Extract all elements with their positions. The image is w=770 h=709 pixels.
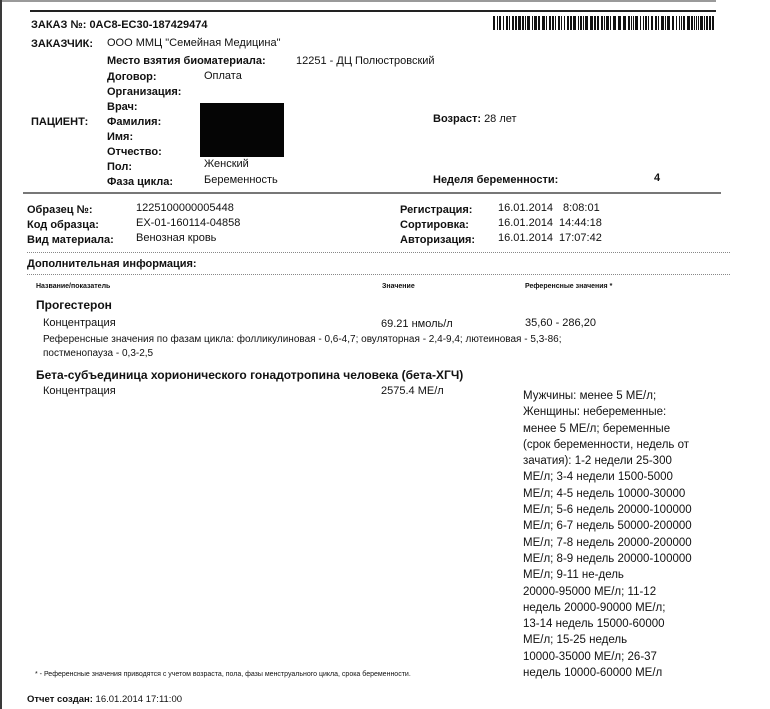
barcode-icon <box>493 16 715 30</box>
customer-value: ООО ММЦ "Семейная Медицина" <box>107 37 281 49</box>
reference-line: (срок беременности, недель от <box>523 437 723 453</box>
sample-code-label: Код образца: <box>27 219 99 231</box>
sample-code-value: EX-01-160114-04858 <box>136 217 240 229</box>
test-value: 2575.4 МЕ/л <box>381 385 444 397</box>
authorization-time: 17:07:42 <box>559 232 602 244</box>
sorting-date: 16.01.2014 <box>498 217 553 229</box>
sorting-time: 14:44:18 <box>559 217 602 229</box>
pregnancy-week-value: 4 <box>654 172 660 184</box>
page-frame-top <box>0 0 716 2</box>
test-note-line: постменопауза - 0,3-2,5 <box>43 348 153 359</box>
sample-number-value: 1225100000005448 <box>136 202 234 214</box>
header-rule <box>30 10 716 12</box>
cycle-phase-value: Беременность <box>204 174 278 186</box>
order-number: ЗАКАЗ №: 0AC8-EC30-187429474 <box>31 19 207 31</box>
test-title: Бета-субъединица хорионического гонадотр… <box>36 368 463 382</box>
reference-line: МЕ/л; 5-6 недель 20000-100000 <box>523 502 723 518</box>
report-created: Отчет создан: 16.01.2014 17:11:00 <box>27 694 182 705</box>
test-title: Прогестерон <box>36 298 112 312</box>
pregnancy-week-label: Неделя беременности: <box>433 174 558 186</box>
reference-line: зачатия): 1-2 недели 25-300 <box>523 453 723 469</box>
column-header-reference: Референсные значения * <box>525 283 612 290</box>
age: Возраст: 28 лет <box>433 113 517 125</box>
surname-label: Фамилия: <box>107 116 161 128</box>
reference-line: МЕ/л; 9-11 не-дель <box>523 567 723 583</box>
material-label: Вид материала: <box>27 234 114 246</box>
test-reference: 35,60 - 286,20 <box>525 317 596 329</box>
name-label: Имя: <box>107 131 133 143</box>
customer-label: ЗАКАЗЧИК: <box>31 38 93 50</box>
registration-time: 8:08:01 <box>563 202 600 214</box>
column-header-name: Название/показатель <box>36 283 110 290</box>
reference-line: МЕ/л; 4-5 недель 10000-30000 <box>523 486 723 502</box>
additional-info-label: Дополнительная информация: <box>27 258 197 270</box>
reference-line: Женщины: небеременные: <box>523 404 723 420</box>
collection-place-value: 12251 - ДЦ Полюстровский <box>296 55 435 67</box>
reference-line: менее 5 МЕ/л; беременные <box>523 421 723 437</box>
test-reference-block: Мужчины: менее 5 МЕ/л;Женщины: неберемен… <box>523 388 723 681</box>
redacted-patient-name <box>200 103 284 157</box>
patient-section-rule <box>23 192 721 194</box>
doctor-label: Врач: <box>107 101 138 113</box>
reference-line: недель 20000-90000 МЕ/л; <box>523 600 723 616</box>
cycle-phase-label: Фаза цикла: <box>107 176 173 188</box>
reference-line: 13-14 недель 15000-60000 <box>523 616 723 632</box>
reference-line: 10000-35000 МЕ/л; 26-37 <box>523 649 723 665</box>
reference-line: МЕ/л; 3-4 недели 1500-5000 <box>523 469 723 485</box>
contract-label: Договор: <box>107 71 157 83</box>
sorting-label: Сортировка: <box>400 219 469 231</box>
page-frame-left <box>0 0 2 709</box>
test-note-line: Референсные значения по фазам цикла: фол… <box>43 334 562 345</box>
patronymic-label: Отчество: <box>107 146 162 158</box>
reference-line: 20000-95000 МЕ/л; 11-12 <box>523 584 723 600</box>
dotted-divider <box>27 252 730 253</box>
reference-line: МЕ/л; 6-7 недель 50000-200000 <box>523 518 723 534</box>
test-param: Концентрация <box>43 317 116 329</box>
reference-line: недель 10000-60000 МЕ/л <box>523 665 723 681</box>
reference-line: МЕ/л; 8-9 недель 20000-100000 <box>523 551 723 567</box>
sex-value: Женский <box>204 158 249 170</box>
authorization-label: Авторизация: <box>400 234 475 246</box>
reference-line: МЕ/л; 15-25 недель <box>523 632 723 648</box>
organization-label: Организация: <box>107 86 181 98</box>
dotted-divider <box>27 274 730 275</box>
registration-date: 16.01.2014 <box>498 202 553 214</box>
reference-line: МЕ/л; 7-8 недель 20000-200000 <box>523 535 723 551</box>
sample-number-label: Образец №: <box>27 204 93 216</box>
test-param: Концентрация <box>43 385 116 397</box>
collection-place-label: Место взятия биоматериала: <box>107 55 266 67</box>
column-header-value: Значение <box>382 283 415 290</box>
contract-value: Оплата <box>204 70 242 82</box>
registration-label: Регистрация: <box>400 204 472 216</box>
reference-line: Мужчины: менее 5 МЕ/л; <box>523 388 723 404</box>
authorization-date: 16.01.2014 <box>498 232 553 244</box>
sex-label: Пол: <box>107 161 132 173</box>
material-value: Венозная кровь <box>136 232 216 244</box>
test-value: 69.21 нмоль/л <box>381 318 453 330</box>
patient-label: ПАЦИЕНТ: <box>31 116 88 128</box>
footnote: * - Референсные значения приводятся с уч… <box>35 671 411 678</box>
